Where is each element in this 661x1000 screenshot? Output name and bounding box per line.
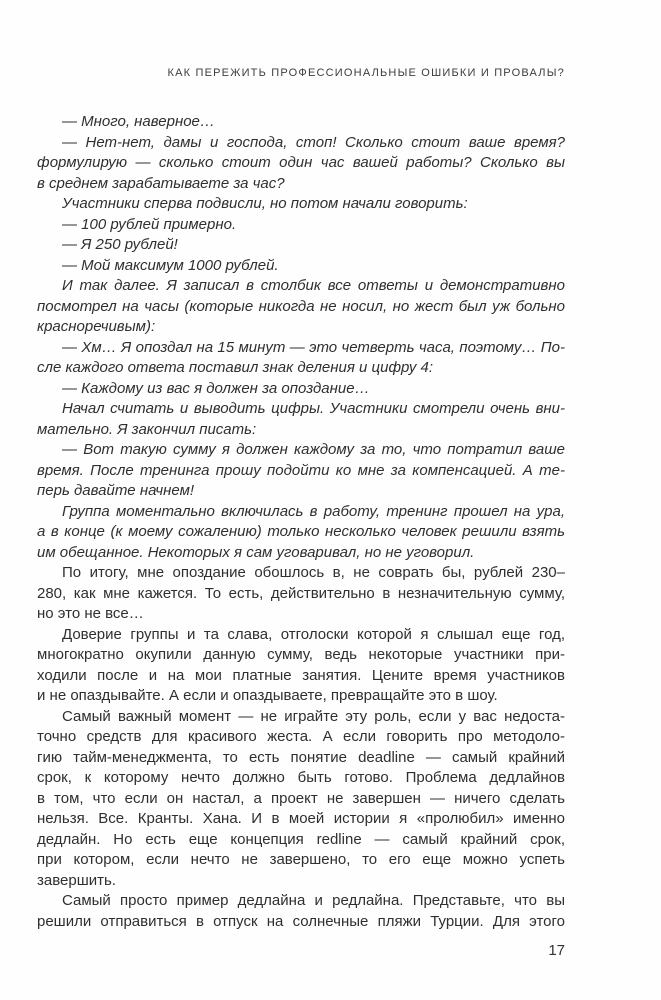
- page-number: 17: [37, 942, 565, 959]
- text-line: И так далее. Я записал в столбик все отв…: [37, 276, 565, 297]
- text-line: Группа моментально включилась в работу, …: [37, 502, 565, 523]
- text-line: — Каждому из вас я должен за опоздание…: [37, 379, 565, 400]
- text-line: точно средств для красивого жеста. А есл…: [37, 727, 565, 748]
- paragraph: — Каждому из вас я должен за опоздание…: [37, 379, 565, 400]
- paragraph: Самый важный момент — не играйте эту рол…: [37, 707, 565, 892]
- paragraph: — Много, наверное…: [37, 112, 565, 133]
- text-line: красноречивым):: [37, 317, 565, 338]
- text-line: в среднем зарабатываете за час?: [37, 174, 565, 195]
- page-body-text: — Много, наверное…— Нет-нет, дамы и госп…: [37, 112, 565, 932]
- text-line: — Хм… Я опоздал на 15 минут — это четвер…: [37, 338, 565, 359]
- text-line: им обещанное. Некоторых я сам уговаривал…: [37, 543, 565, 564]
- text-line: Самый важный момент — не играйте эту рол…: [37, 707, 565, 728]
- paragraph: Самый просто пример дедлайна и редлайна.…: [37, 891, 565, 932]
- running-header: КАК ПЕРЕЖИТЬ ПРОФЕССИОНАЛЬНЫЕ ОШИБКИ И П…: [37, 67, 565, 79]
- paragraph: — Вот такую сумму я должен каждому за то…: [37, 440, 565, 502]
- text-line: мательно. Я закончил писать:: [37, 420, 565, 441]
- text-line: формулирую — сколько стоит один час ваше…: [37, 153, 565, 174]
- paragraph: — Я 250 рублей!: [37, 235, 565, 256]
- text-line: ходили после и на мои платные занятия. Ц…: [37, 666, 565, 687]
- paragraph: — 100 рублей примерно.: [37, 215, 565, 236]
- text-line: — Много, наверное…: [37, 112, 565, 133]
- text-line: многократно окупили данную сумму, ведь н…: [37, 645, 565, 666]
- text-line: время. После тренинга прошу подойти ко м…: [37, 461, 565, 482]
- text-line: а в конце (к моему сожалению) только нес…: [37, 522, 565, 543]
- text-line: По итогу, мне опоздание обошлось в, не с…: [37, 563, 565, 584]
- text-line: но это не все…: [37, 604, 565, 625]
- text-line: Самый просто пример дедлайна и редлайна.…: [37, 891, 565, 912]
- text-line: гию тайм-менеджмента, то есть понятие de…: [37, 748, 565, 769]
- text-line: срок, к которому нечто должно быть готов…: [37, 768, 565, 789]
- text-line: 280, как мне кажется. То есть, действите…: [37, 584, 565, 605]
- paragraph: Группа моментально включилась в работу, …: [37, 502, 565, 564]
- text-line: сле каждого ответа поставил знак деления…: [37, 358, 565, 379]
- text-line: перь давайте начнем!: [37, 481, 565, 502]
- paragraph: И так далее. Я записал в столбик все отв…: [37, 276, 565, 338]
- text-line: решили отправиться в отпуск на солнечные…: [37, 912, 565, 933]
- text-line: — Мой максимум 1000 рублей.: [37, 256, 565, 277]
- text-line: — Вот такую сумму я должен каждому за то…: [37, 440, 565, 461]
- text-line: и не опаздывайте. А если и опаздываете, …: [37, 686, 565, 707]
- paragraph: По итогу, мне опоздание обошлось в, не с…: [37, 563, 565, 625]
- book-page: КАК ПЕРЕЖИТЬ ПРОФЕССИОНАЛЬНЫЕ ОШИБКИ И П…: [0, 0, 661, 1000]
- paragraph: — Нет-нет, дамы и господа, стоп! Сколько…: [37, 133, 565, 195]
- paragraph: Участники сперва подвисли, но потом нача…: [37, 194, 565, 215]
- text-line: — Я 250 рублей!: [37, 235, 565, 256]
- text-line: Участники сперва подвисли, но потом нача…: [37, 194, 565, 215]
- paragraph: — Мой максимум 1000 рублей.: [37, 256, 565, 277]
- text-line: Доверие группы и та слава, отголоски кот…: [37, 625, 565, 646]
- text-line: при котором, если нечто не завершено, то…: [37, 850, 565, 871]
- text-line: посмотрел на часы (которые никогда не но…: [37, 297, 565, 318]
- text-line: завершить.: [37, 871, 565, 892]
- text-line: — 100 рублей примерно.: [37, 215, 565, 236]
- text-line: в том, что если он настал, а проект не з…: [37, 789, 565, 810]
- text-line: нельзя. Все. Кранты. Хана. И в моей исто…: [37, 809, 565, 830]
- text-line: дедлайн. Но есть еще концепция redline —…: [37, 830, 565, 851]
- paragraph: Доверие группы и та слава, отголоски кот…: [37, 625, 565, 707]
- paragraph: Начал считать и выводить цифры. Участник…: [37, 399, 565, 440]
- text-line: — Нет-нет, дамы и господа, стоп! Сколько…: [37, 133, 565, 154]
- text-line: Начал считать и выводить цифры. Участник…: [37, 399, 565, 420]
- paragraph: — Хм… Я опоздал на 15 минут — это четвер…: [37, 338, 565, 379]
